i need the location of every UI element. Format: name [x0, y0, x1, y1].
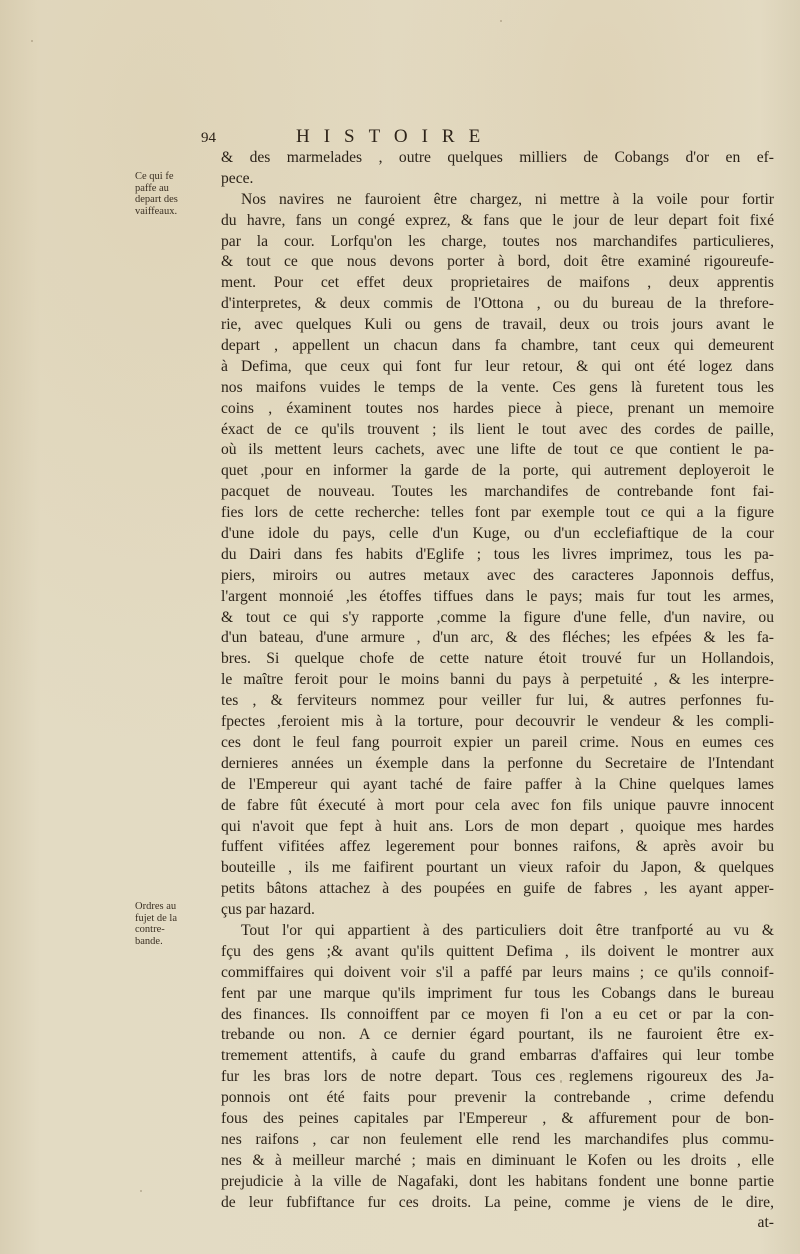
text-line: ponnois ont été faits pour prevenir la c…: [221, 1088, 774, 1109]
text-line: fçu des gens ;& avant qu'ils quittent De…: [221, 942, 774, 963]
text-line: pacquet de nouveau. Toutes les marchandi…: [221, 482, 774, 503]
text-line: rie, avec quelques Kuli ou gens de trava…: [221, 315, 774, 336]
text-line: par la cour. Lorfqu'on les charge, toute…: [221, 232, 774, 253]
text-line: pece.: [221, 169, 774, 190]
text-line: bres. Si quelque chofe de cette nature é…: [221, 649, 774, 670]
margin-note-line: Ordres au: [135, 901, 205, 913]
text-line: coins , éxaminent toutes nos hardes piec…: [221, 399, 774, 420]
text-line: petits bâtons attachez à des poupées en …: [221, 879, 774, 900]
text-line: tes , & ferviteurs nommez pour veiller f…: [221, 691, 774, 712]
margin-note-line: contre-: [135, 924, 205, 936]
text-line: de l'Empereur qui ayant taché de faire p…: [221, 775, 774, 796]
body-text: & des marmelades , outre quelques millie…: [221, 148, 774, 1234]
text-line: fuffent vifitées affez legerement pour b…: [221, 837, 774, 858]
text-line: fies lors de cette recherche: telles fon…: [221, 503, 774, 524]
paper-speck: [560, 1080, 562, 1083]
text-line: piers, miroirs ou autres metaux avec des…: [221, 566, 774, 587]
text-line: & tout ce qui s'y rapporte ,comme la fig…: [221, 608, 774, 629]
text-line: commiffaires qui doivent voir s'il a paf…: [221, 963, 774, 984]
margin-note-departure: Ce qui fe paffe au depart des vaiffeaux.: [135, 171, 205, 217]
text-line: fpectes ,feroient mis à la torture, pour…: [221, 712, 774, 733]
text-line: ment. Pour cet effet deux proprietaires …: [221, 273, 774, 294]
text-line: des finances. Ils connoiffent par ce moy…: [221, 1005, 774, 1026]
text-line: à Defima, que ceux qui font fur leur ret…: [221, 357, 774, 378]
text-line: du Dairi dans fes habits d'Eglife ; tous…: [221, 545, 774, 566]
text-line: quet ,pour en informer la garde de la po…: [221, 461, 774, 482]
text-line: tremement attentifs, à caufe du grand em…: [221, 1046, 774, 1067]
paper-speck: [770, 600, 772, 602]
text-line: de leur fubfiftance fur ces droits. La p…: [221, 1193, 774, 1214]
page-number: 94: [201, 130, 216, 147]
text-line: ces dont le feul fang pourroit expier un…: [221, 733, 774, 754]
text-line: nes raifons , car non feulement elle ren…: [221, 1130, 774, 1151]
text-line: fous des peines capitales par l'Empereur…: [221, 1109, 774, 1130]
text-line: trebande ou non. A ce dernier égard pour…: [221, 1025, 774, 1046]
text-line: d'une idole du pays, celle d'un Kuge, ou…: [221, 524, 774, 545]
margin-note-line: paffe au: [135, 183, 205, 195]
text-line: çus par hazard.: [221, 900, 774, 921]
text-line: l'argent monnoié ,les étoffes tiffues da…: [221, 587, 774, 608]
margin-note-line: vaiffeaux.: [135, 206, 205, 218]
text-line: & des marmelades , outre quelques millie…: [221, 148, 774, 169]
text-line: nes & à meilleur marché ; mais en diminu…: [221, 1151, 774, 1172]
text-line: depart , appellent un chacun dans fa cha…: [221, 336, 774, 357]
text-line: de fabre fût éxecuté à mort pour cela av…: [221, 796, 774, 817]
text-line: le maître feroit pour le moins banni du …: [221, 670, 774, 691]
text-line: fent par une marque qu'ils impriment fur…: [221, 984, 774, 1005]
paragraph-start-line: Tout l'or qui appartient à des particuli…: [221, 921, 774, 942]
text-line: bouteille , ils me faifirent pourtant un…: [221, 858, 774, 879]
text-line: d'un bateau, d'une armure , d'un arc, & …: [221, 628, 774, 649]
paper-speck: [31, 40, 33, 42]
running-title: HISTOIRE: [296, 126, 494, 148]
paper-speck: [140, 1190, 142, 1192]
text-line: d'interpretes, & deux commis de l'Ottona…: [221, 294, 774, 315]
catchword: at-: [221, 1213, 774, 1234]
text-line: éxact de ce qu'ils trouvent ; ils lient …: [221, 420, 774, 441]
text-line: prejudicie à la ville de Nagafaki, dont …: [221, 1172, 774, 1193]
text-line: où ils mettent leurs cachets, avec une l…: [221, 440, 774, 461]
text-line: nos maifons vuides le temps de la vente.…: [221, 378, 774, 399]
text-line: du havre, fans un congé exprez, & fans q…: [221, 211, 774, 232]
paper-speck: [500, 20, 502, 22]
text-line: dernieres années un éxemple dans la perf…: [221, 754, 774, 775]
margin-note-line: depart des: [135, 194, 205, 206]
paragraph-start-line: Nos navires ne fauroient être chargez, n…: [221, 190, 774, 211]
margin-note-line: Ce qui fe: [135, 171, 205, 183]
text-line: fur les bras lors de notre depart. Tous …: [221, 1067, 774, 1088]
text-line: qui n'avoit que fept à huit ans. Lors de…: [221, 817, 774, 838]
margin-note-line: fujet de la: [135, 913, 205, 925]
book-page: 94 HISTOIRE Ce qui fe paffe au depart de…: [0, 0, 800, 1254]
margin-note-contraband: Ordres au fujet de la contre- bande.: [135, 901, 205, 947]
margin-note-line: bande.: [135, 936, 205, 948]
text-line: & tout ce que nous devons porter à bord,…: [221, 252, 774, 273]
